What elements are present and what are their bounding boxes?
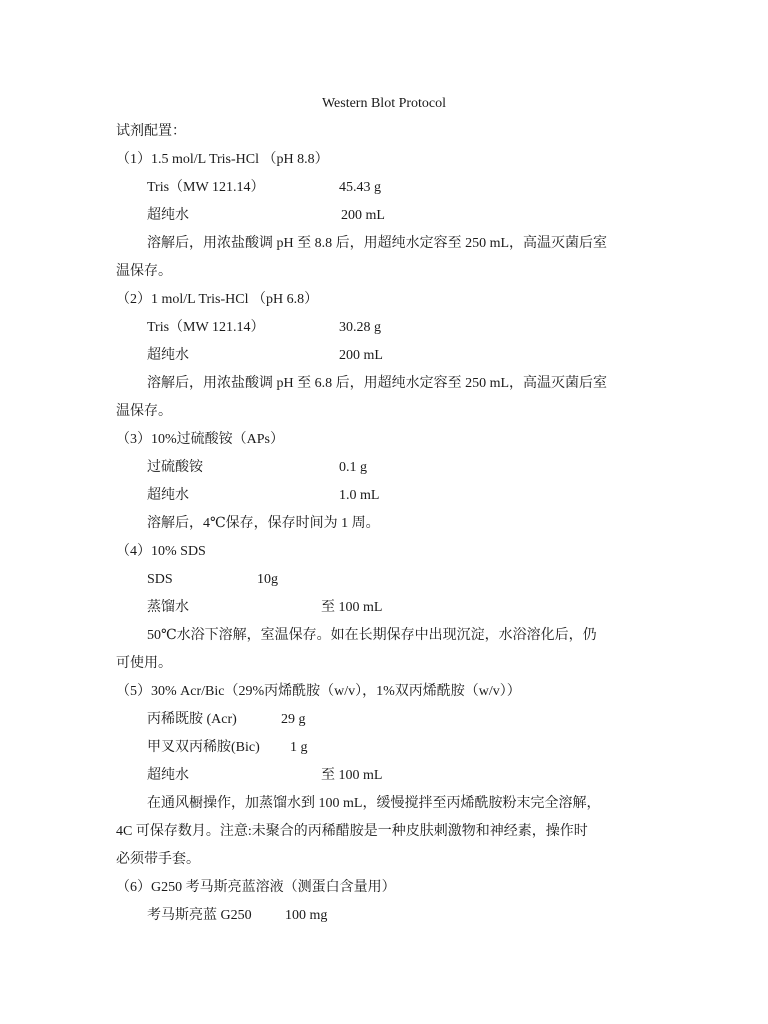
section-1-note-2: 温保存。	[116, 263, 172, 281]
section-4-item-2-name: 蒸馏水	[147, 599, 189, 617]
section-4-note-2: 可使用。	[116, 655, 172, 673]
section-5-header: （5）30% Acr/Bic（29%丙烯酰胺（w/v），1%双丙烯酰胺（w/v）…	[116, 683, 521, 701]
section-5-note-3: 必须带手套。	[116, 851, 200, 869]
section-1-item-2-name: 超纯水	[147, 207, 189, 225]
section-5-item-3-amount: 至 100 mL	[321, 767, 382, 785]
section-2-item-2-amount: 200 mL	[339, 347, 383, 365]
section-3-item-1-name: 过硫酸铵	[147, 459, 203, 477]
section-2-item-1-name: Tris（MW 121.14）	[147, 319, 264, 337]
section-3-item-2-amount: 1.0 mL	[339, 487, 379, 505]
section-5-item-1-amount: 29 g	[281, 711, 306, 729]
section-5-item-2-name: 甲叉双丙稀胺(Bic)	[147, 739, 260, 757]
section-2-note-1: 溶解后，用浓盐酸调 pH 至 6.8 后，用超纯水定容至 250 mL，高温灭菌…	[147, 375, 607, 393]
section-6-header: （6）G250 考马斯亮蓝溶液（测蛋白含量用）	[116, 879, 396, 897]
section-1-note-1: 溶解后，用浓盐酸调 pH 至 8.8 后，用超纯水定容至 250 mL，高温灭菌…	[147, 235, 607, 253]
section-5-item-2-amount: 1 g	[290, 739, 308, 757]
section-1-item-2-amount: 200 mL	[341, 207, 385, 225]
section-5-note-1: 在通风橱操作，加蒸馏水到 100 mL，缓慢搅拌至丙烯酰胺粉末完全溶解，	[147, 795, 600, 813]
section-2-note-2: 温保存。	[116, 403, 172, 421]
section-4-item-1-amount: 10g	[257, 571, 278, 589]
section-3-item-2-name: 超纯水	[147, 487, 189, 505]
section-6-item-1-name: 考马斯亮蓝 G250	[147, 907, 252, 925]
section-3-header: （3）10%过硫酸铵（APs）	[116, 431, 284, 449]
section-4-header: （4）10% SDS	[116, 543, 206, 561]
section-5-note-2: 4C 可保存数月。注意:未聚合的丙稀醋胺是一种皮肤刺激物和神经素，操作时	[116, 823, 588, 841]
section-2-item-1-amount: 30.28 g	[339, 319, 381, 337]
section-4-item-2-amount: 至 100 mL	[321, 599, 382, 617]
section-4-item-1-name: SDS	[147, 571, 173, 589]
section-6-item-1-amount: 100 mg	[285, 907, 327, 925]
section-2-header: （2）1 mol/L Tris-HCl （pH 6.8）	[116, 291, 318, 309]
section-5-item-3-name: 超纯水	[147, 767, 189, 785]
document-title: Western Blot Protocol	[0, 95, 768, 113]
section-5-item-1-name: 丙稀既胺 (Acr)	[147, 711, 237, 729]
section-3-note-1: 溶解后，4℃保存，保存时间为 1 周。	[147, 515, 380, 533]
section-1-item-1-amount: 45.43 g	[339, 179, 381, 197]
section-1-header: （1）1.5 mol/L Tris-HCl （pH 8.8）	[116, 151, 329, 169]
section-1-item-1-name: Tris（MW 121.14）	[147, 179, 264, 197]
section-heading: 试剂配置：	[116, 123, 186, 141]
section-3-item-1-amount: 0.1 g	[339, 459, 367, 477]
section-2-item-2-name: 超纯水	[147, 347, 189, 365]
section-4-note-1: 50℃水浴下溶解，室温保存。如在长期保存中出现沉淀，水浴溶化后，仍	[147, 627, 597, 645]
